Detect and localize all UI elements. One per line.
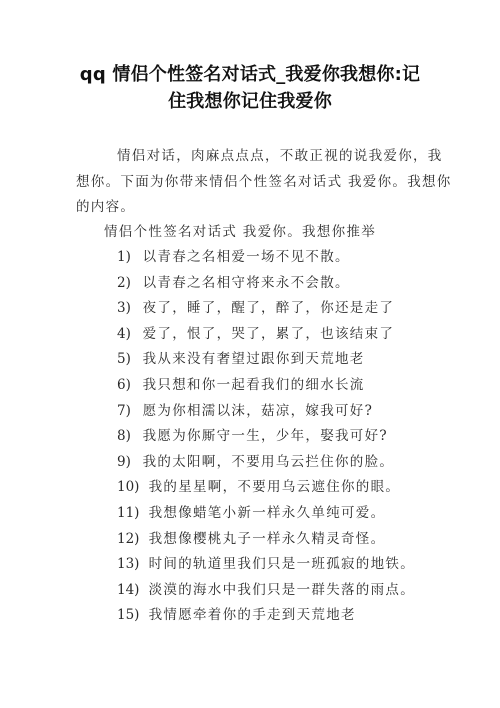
intro-line: 情侣对话，肉麻点点点，不敢正视的说我爱你，我	[117, 143, 443, 169]
list-item-text: 夜了，睡了，醒了，醉了，你还是走了	[143, 296, 395, 322]
list-item-text: 以青春之名相守将来永不会散。	[143, 271, 350, 297]
list-item: 13) 时间的轨道里我们只是一班孤寂的地铁。	[117, 552, 415, 578]
page-title-line-2: 住我想你记住我爱你	[0, 89, 500, 115]
list-item-text: 我的太阳啊，不要用乌云拦住你的脸。	[143, 450, 395, 476]
intro-line: 的内容。	[76, 194, 135, 220]
list-item-text: 时间的轨道里我们只是一班孤寂的地铁。	[149, 552, 415, 578]
list-item: 7) 愿为你相濡以沫，菇凉，嫁我可好?	[117, 399, 415, 425]
list-item-text: 我的星星啊，不要用乌云遮住你的眼。	[149, 475, 401, 501]
list-item-text: 我从来没有奢望过跟你到天荒地老	[143, 347, 365, 373]
list-item: 11) 我想像蜡笔小新一样永久单纯可爱。	[117, 501, 415, 527]
list-item-text: 以青春之名相爱一场不见不散。	[143, 245, 350, 271]
list-item: 12) 我想像樱桃丸子一样永久精灵奇怪。	[117, 527, 415, 553]
list-item-text: 愿为你相濡以沫，菇凉，嫁我可好?	[143, 399, 374, 425]
list-item: 4) 爱了，恨了，哭了，累了，也该结束了	[117, 322, 415, 348]
list-item: 6) 我只想和你一起看我们的细水长流	[117, 373, 415, 399]
list-item-number: 1)	[117, 245, 137, 271]
list-item-number: 9)	[117, 450, 137, 476]
list-item-number: 15)	[117, 603, 143, 629]
signature-list: 1) 以青春之名相爱一场不见不散。 2) 以青春之名相守将来永不会散。 3) 夜…	[117, 245, 415, 629]
list-item-number: 13)	[117, 552, 143, 578]
list-item-text: 我愿为你厮守一生，少年，娶我可好?	[143, 424, 388, 450]
list-item: 9) 我的太阳啊，不要用乌云拦住你的脸。	[117, 450, 415, 476]
list-item-number: 2)	[117, 271, 137, 297]
list-item-number: 11)	[117, 501, 143, 527]
list-item-text: 我想像樱桃丸子一样永久精灵奇怪。	[149, 527, 386, 553]
list-item-number: 3)	[117, 296, 137, 322]
list-item: 8) 我愿为你厮守一生，少年，娶我可好?	[117, 424, 415, 450]
page-title-line-1: qq 情侣个性签名对话式_我爱你我想你:记	[0, 62, 500, 88]
list-item-number: 14)	[117, 578, 143, 604]
list-item: 5) 我从来没有奢望过跟你到天荒地老	[117, 347, 415, 373]
document-page: qq 情侣个性签名对话式_我爱你我想你:记 住我想你记住我爱你 情侣对话，肉麻点…	[0, 0, 500, 708]
list-item-number: 7)	[117, 399, 137, 425]
list-item: 10) 我的星星啊，不要用乌云遮住你的眼。	[117, 475, 415, 501]
list-item: 3) 夜了，睡了，醒了，醉了，你还是走了	[117, 296, 415, 322]
list-item-text: 爱了，恨了，哭了，累了，也该结束了	[143, 322, 395, 348]
list-item-number: 4)	[117, 322, 137, 348]
intro-line: 想你。下面为你带来情侣个性签名对话式 我爱你。我想你	[76, 169, 452, 195]
list-item-number: 6)	[117, 373, 137, 399]
list-item: 2) 以青春之名相守将来永不会散。	[117, 271, 415, 297]
list-item-number: 5)	[117, 347, 137, 373]
list-item-number: 8)	[117, 424, 137, 450]
list-item: 14) 淡漠的海水中我们只是一群失落的雨点。	[117, 578, 415, 604]
section-subheading: 情侣个性签名对话式 我爱你。我想你推举	[104, 219, 376, 245]
list-item: 1) 以青春之名相爱一场不见不散。	[117, 245, 415, 271]
list-item-text: 淡漠的海水中我们只是一群失落的雨点。	[149, 578, 415, 604]
list-item: 15) 我情愿牵着你的手走到天荒地老	[117, 603, 415, 629]
list-item-text: 我想像蜡笔小新一样永久单纯可爱。	[149, 501, 386, 527]
list-item-number: 12)	[117, 527, 143, 553]
list-item-number: 10)	[117, 475, 143, 501]
list-item-text: 我只想和你一起看我们的细水长流	[143, 373, 365, 399]
list-item-text: 我情愿牵着你的手走到天荒地老	[149, 603, 356, 629]
